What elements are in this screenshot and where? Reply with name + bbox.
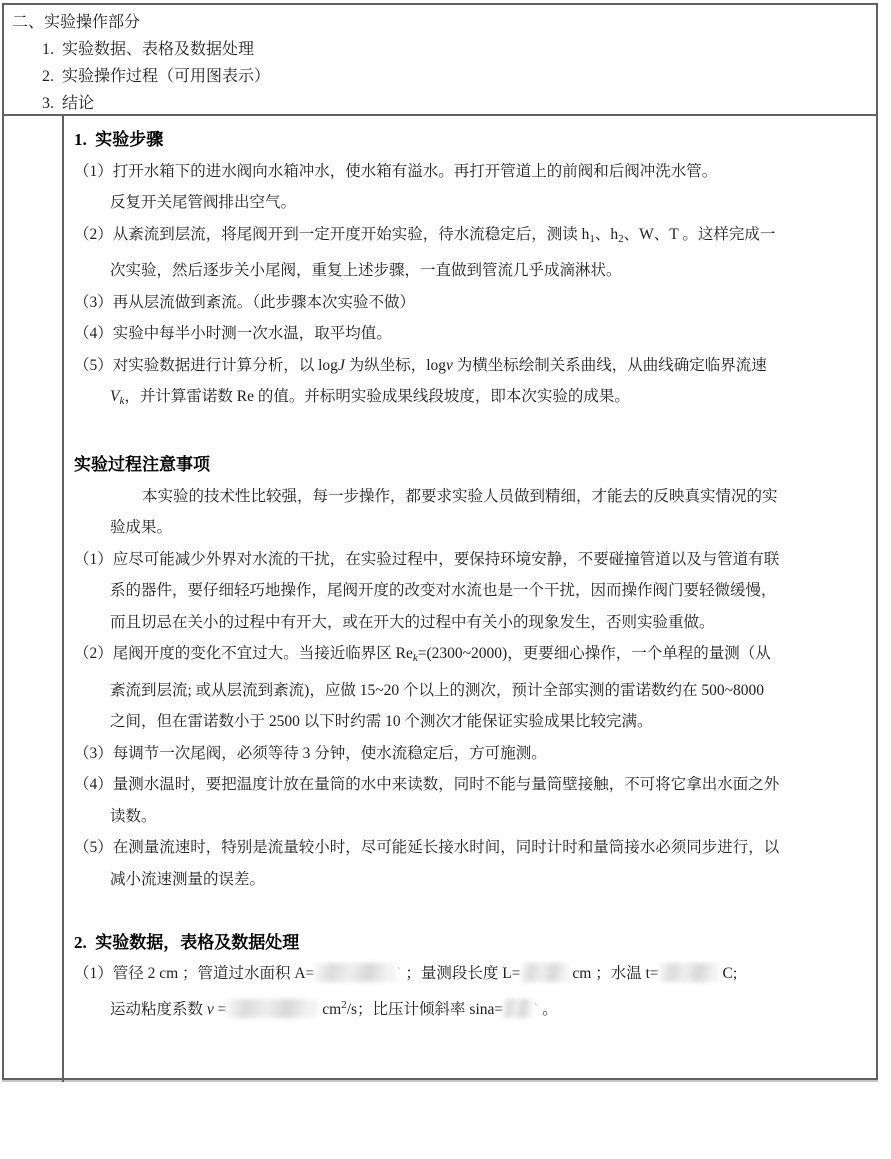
step-2-text: （2）从紊流到层流，将尾阀开到一定开度开始实验，待水流稳定后，测读 h [74, 226, 589, 243]
data-line-2: 运动粘度系数 ν = cm2/s；比压计倾斜率 sina=` 。 [74, 990, 870, 1026]
data-text-sina: /s；比压计倾斜率 sina= [347, 1001, 503, 1018]
data-text-period: 。 [538, 1001, 557, 1018]
step-5-line-2: Vk，并计算雷诺数 Re 的值。并标明实验成果线段坡度，即本次实验的成果。 [74, 381, 870, 418]
data-text-A: （1）管径 2 cm ；管道过水面积 A= [74, 965, 314, 982]
step-2-text-end: 、W、T 。这样完成一 [624, 226, 776, 243]
section-title: 二、实验操作部分 [12, 9, 868, 36]
note-1-line-2: 系的器件，要仔细轻巧地操作，尾阀开度的改变对水流也是一个干扰，因而操作阀门要轻微… [74, 575, 870, 607]
header-item-1: 1. 实验数据、表格及数据处理 [12, 36, 868, 63]
log-J-symbol: J [338, 357, 345, 374]
step-5-text-mid: 为纵坐标，log [345, 357, 446, 374]
step-1-line-1: （1）打开水箱下的进水阀向水箱冲水，使水箱有溢水。再打开管道上的前阀和后阀冲洗水… [74, 156, 870, 188]
data-text-C: C; [719, 965, 738, 982]
step-4-line: （4）实验中每半小时测一次水温，取平均值。 [74, 318, 870, 350]
notes-heading: 实验过程注意事项 [74, 449, 870, 481]
redacted-value-L [521, 963, 569, 982]
note-1-line-3: 而且切忌在关小的过程中有开大，或在开大的过程中有关小的现象发生，否则实验重做。 [74, 607, 870, 639]
content-cell: 1. 实验步骤 （1）打开水箱下的进水阀向水箱冲水，使水箱有溢水。再打开管道上的… [64, 116, 876, 1082]
step-2-line-2: 次实验，然后逐步关小尾阀，重复上述步骤，一直做到管流几乎成滴淋状。 [74, 255, 870, 287]
note-4-line-1: （4）量测水温时，要把温度计放在量筒的水中来读数，同时不能与量筒壁接触，不可将它… [74, 769, 870, 801]
notes-intro-line-2: 验成果。 [74, 512, 870, 544]
nu-symbol: ν [207, 1001, 214, 1018]
redacted-value-t [659, 963, 719, 982]
step-5-text-2: ，并计算雷诺数 Re 的值。并标明实验成果线段坡度，即本次实验的成果。 [124, 388, 629, 405]
data-text-viscosity: 运动粘度系数 [110, 1001, 207, 1018]
step-5-line-1: （5）对实验数据进行计算分析，以 logJ 为纵坐标，logv 为横坐标绘制关系… [74, 350, 870, 382]
step-5-text-end: 为横坐标绘制关系曲线，从曲线确定临界流速 [453, 357, 767, 374]
header-item-3: 3. 结论 [12, 90, 868, 117]
spacer [74, 418, 870, 450]
note-4-line-2: 读数。 [74, 801, 870, 833]
data-text-L: ；量测段长度 L= [402, 965, 521, 982]
note-5-line-2: 减小流速测量的误差。 [74, 864, 870, 896]
notes-intro-line-1: 本实验的技术性比较强，每一步操作，都要求实验人员做到精细，才能去的反映真实情况的… [74, 481, 870, 513]
note-3-line: （3）每调节一次尾阀，必须等待 3 分钟，使水流稳定后，方可施测。 [74, 738, 870, 770]
body-row: 1. 实验步骤 （1）打开水箱下的进水阀向水箱冲水，使水箱有溢水。再打开管道上的… [4, 116, 876, 1082]
note-2-text: （2）尾阀开度的变化不宜过大。当接近临界区 Re [74, 645, 413, 662]
spacer [74, 895, 870, 927]
log-v-symbol: v [446, 357, 453, 374]
note-1-line-1: （1）应尽可能减少外界对水流的干扰，在实验过程中，要保持环境安静，不要碰撞管道以… [74, 544, 870, 576]
redacted-value-sina [503, 999, 533, 1018]
document-page: 二、实验操作部分 1. 实验数据、表格及数据处理 2. 实验操作过程（可用图表示… [0, 0, 891, 1159]
step-2-text-mid: 、h [595, 226, 618, 243]
header-item-2: 2. 实验操作过程（可用图表示） [12, 63, 868, 90]
note-2-line-3: 之间，但在雷诺数小于 2500 以下时约需 10 个测次才能保证实验成果比较完满… [74, 706, 870, 738]
redacted-value-nu [226, 999, 318, 1018]
note-5-line-1: （5）在测量流速时，特别是流量较小时，尽可能延长接水时间，同时计时和量筒接水必须… [74, 832, 870, 864]
data-section-heading: 2. 实验数据，表格及数据处理 [74, 927, 870, 959]
left-gutter-cell [4, 116, 64, 1082]
data-line-1: （1）管径 2 cm ；管道过水面积 A=` ；量测段长度 L= cm ；水温 … [74, 958, 870, 990]
data-text-t: cm ；水温 t= [569, 965, 659, 982]
step-1-line-2: 反复开关尾管阀排出空气。 [74, 187, 870, 219]
redacted-value-A [314, 963, 396, 982]
note-2-text-end: =(2300~2000)，更要细心操作，一个单程的量测（从 [418, 645, 771, 662]
step-2-line-1: （2）从紊流到层流，将尾阀开到一定开度开始实验，待水流稳定后，测读 h1、h2、… [74, 219, 870, 256]
note-2-line-1: （2）尾阀开度的变化不宜过大。当接近临界区 Rek=(2300~2000)，更要… [74, 638, 870, 675]
data-text-cm: cm [318, 1001, 341, 1018]
header-row: 二、实验操作部分 1. 实验数据、表格及数据处理 2. 实验操作过程（可用图表示… [4, 5, 876, 116]
note-2-line-2: 紊流到层流; 或从层流到紊流)，应做 15~20 个以上的测次，预计全部实测的雷… [74, 675, 870, 707]
data-text-equals: = [214, 1001, 227, 1018]
step-5-text: （5）对实验数据进行计算分析，以 log [74, 357, 338, 374]
steps-heading: 1. 实验步骤 [74, 124, 870, 156]
report-table: 二、实验操作部分 1. 实验数据、表格及数据处理 2. 实验操作过程（可用图表示… [2, 3, 878, 1080]
step-3-line: （3）再从层流做到紊流。（此步骤本次实验不做） [74, 287, 870, 319]
